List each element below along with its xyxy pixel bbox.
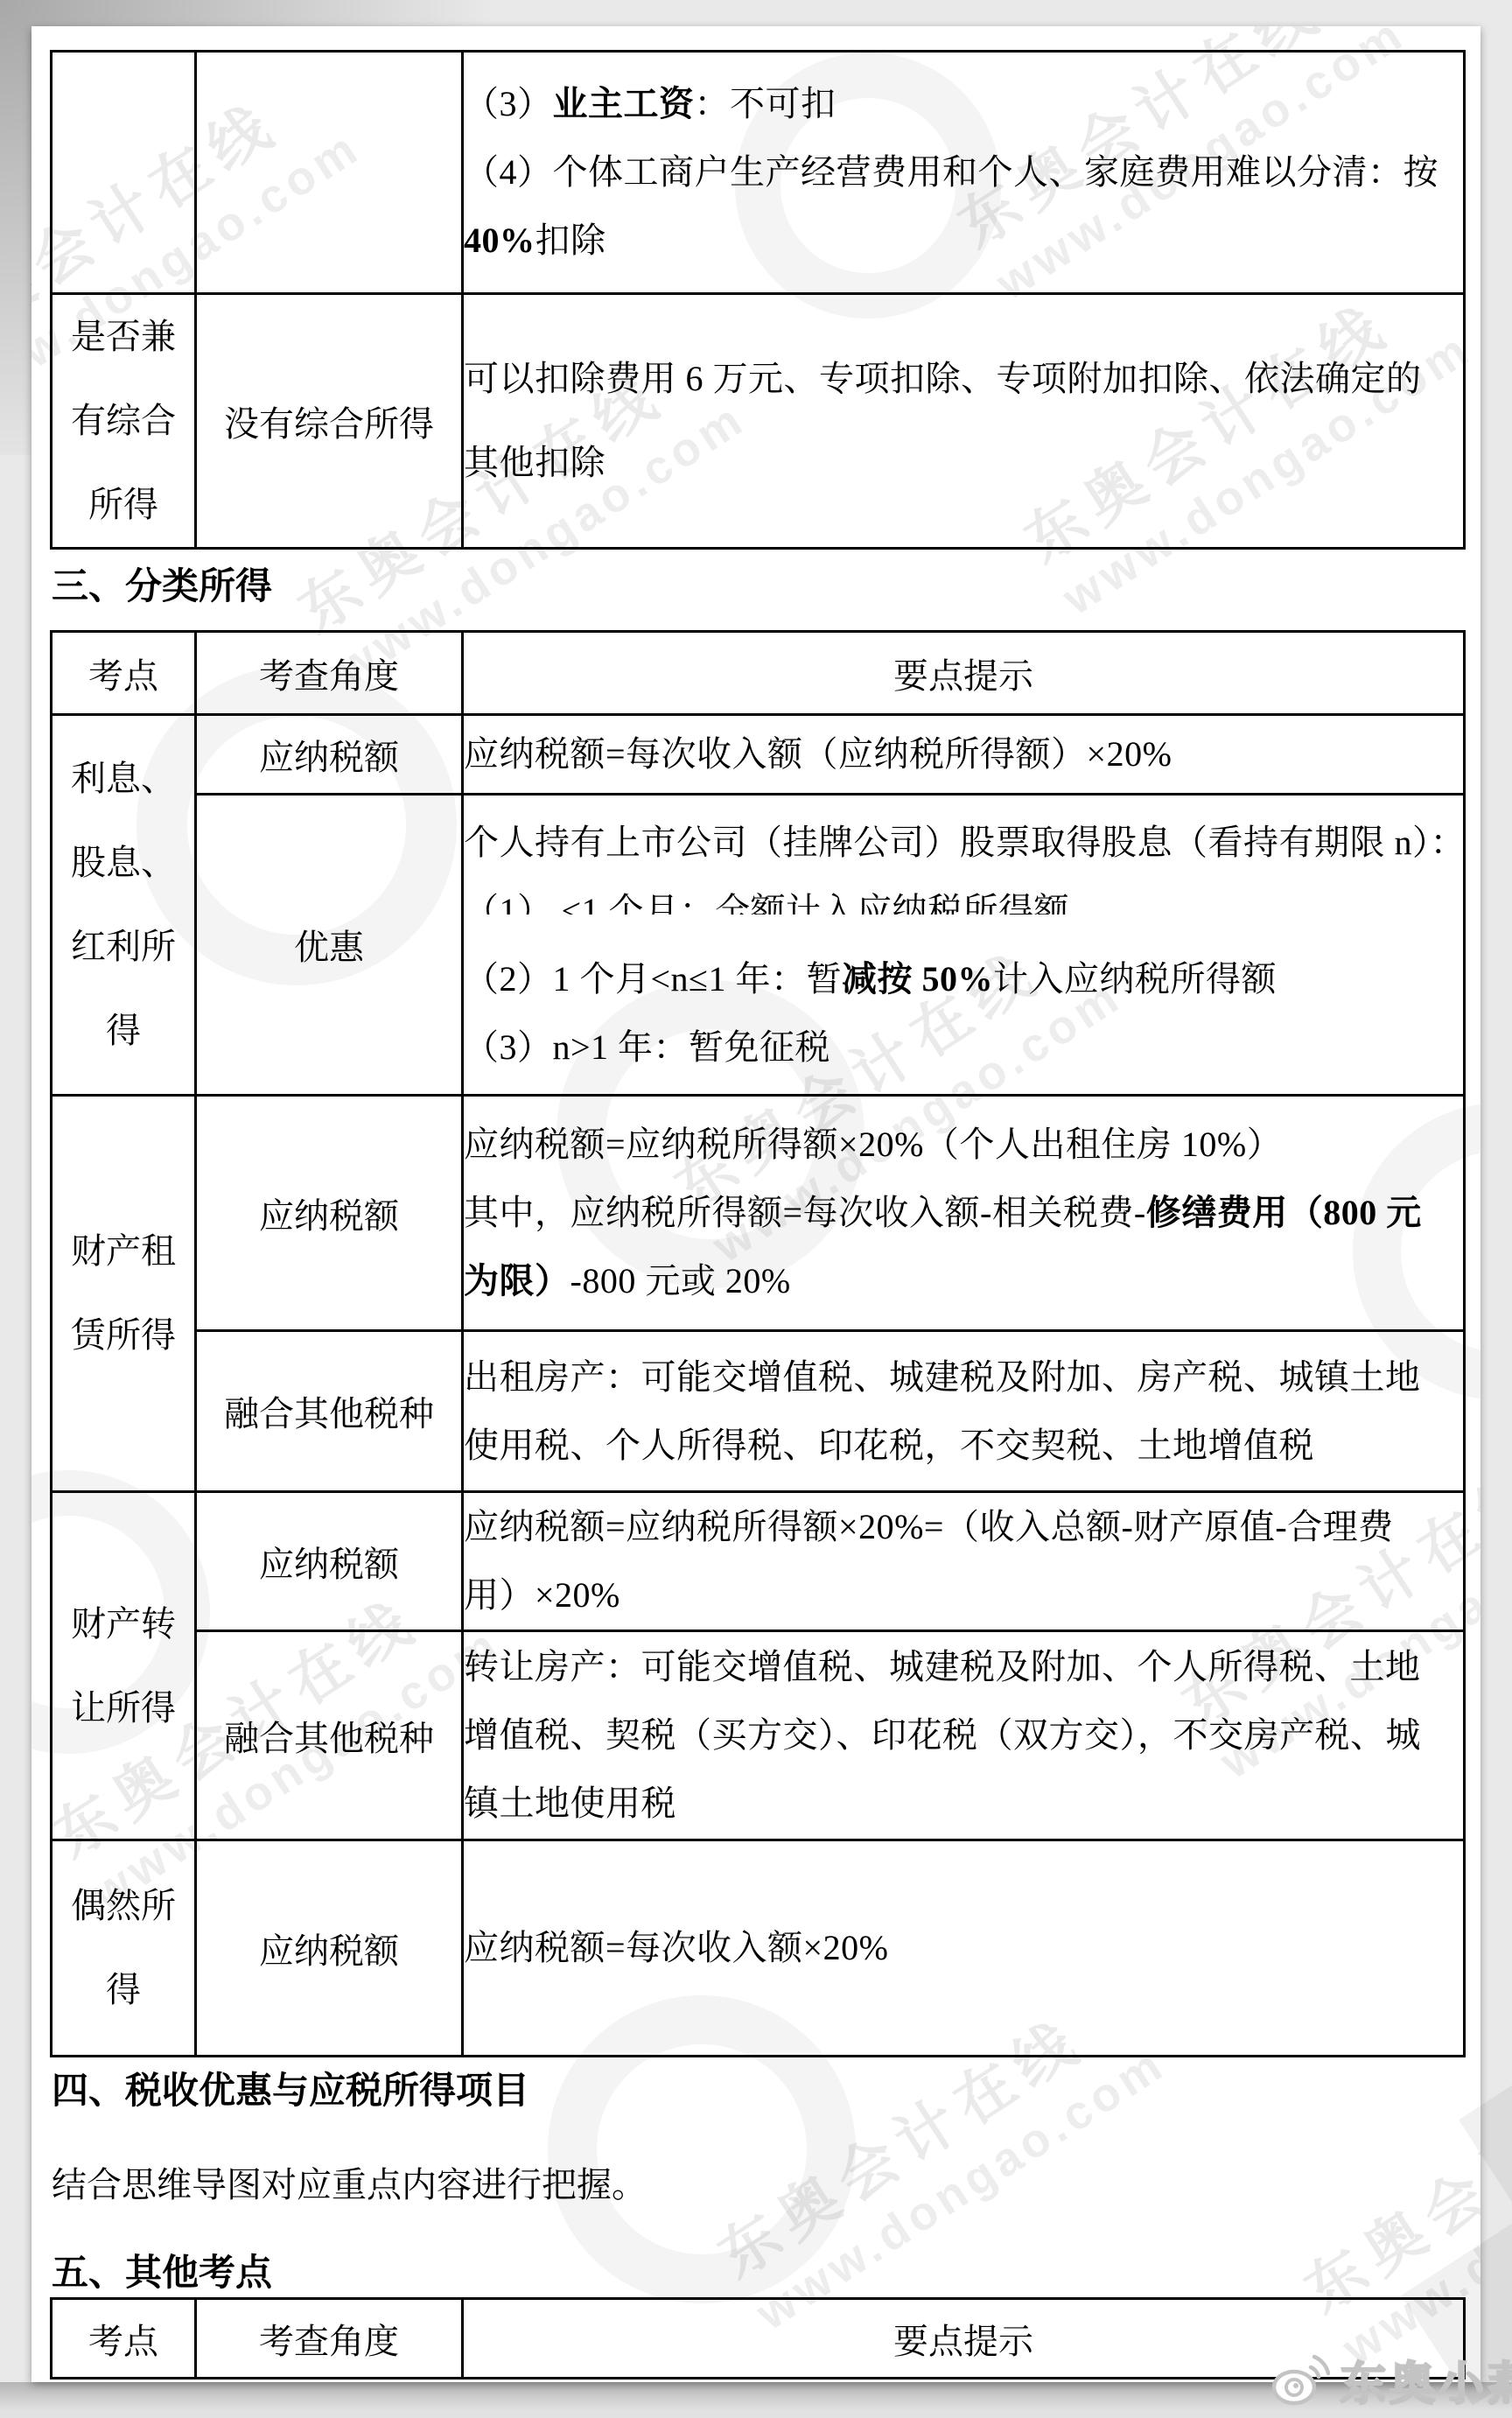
table-row: 融合其他税种 出租房产：可能交增值税、城建税及附加、房产税、城镇土地 使用税、个… — [52, 1331, 1465, 1492]
header-topic: 考点 — [52, 632, 196, 715]
cell-empty — [52, 52, 196, 294]
cell-angle: 融合其他税种 — [196, 1331, 463, 1492]
cell-points: 应纳税额=应纳税所得额×20%（个人出租住房 10%） 其中，应纳税所得额=每次… — [463, 1096, 1465, 1331]
point-line-clipped: （1） ≤1 个月：全额计入应纳税所得额 — [464, 877, 1463, 945]
cell-angle: 应纳税额 — [196, 1096, 463, 1331]
topic-line: 偶然所 — [52, 1864, 194, 1948]
weibo-icon — [1270, 2353, 1332, 2407]
topic-line: 得 — [52, 1948, 194, 2032]
text: 扣除 — [535, 221, 606, 260]
text-bold: 业主工资 — [553, 84, 695, 123]
cell-angle: 没有综合所得 — [196, 294, 463, 549]
document-page: 东奥会计在线 www.dongao.com 东奥会计在线 www.dongao.… — [31, 26, 1480, 2382]
cell-points: 可以扣除费用 6 万元、专项扣除、专项附加扣除、依法确定的 其他扣除 — [463, 294, 1465, 549]
cell-angle: 应纳税额 — [196, 1840, 463, 2057]
header-angle: 考查角度 — [196, 2299, 463, 2379]
table-row: 是否兼 有综合 所得 没有综合所得 可以扣除费用 6 万元、专项扣除、专项附加扣… — [52, 294, 1465, 549]
table-row: 财产租 赁所得 应纳税额 应纳税额=应纳税所得额×20%（个人出租住房 10%）… — [52, 1096, 1465, 1331]
text: （3） — [464, 84, 553, 123]
topic-line: 利息、 — [52, 737, 194, 821]
text: （2）1 个月<n≤1 年：暂 — [464, 959, 842, 999]
cell-topic: 财产转 让所得 — [52, 1492, 196, 1840]
topic-line: 所得 — [52, 463, 194, 547]
section-heading-4: 四、税收优惠与应税所得项目 — [52, 2068, 1480, 2115]
point-line: 出租房产：可能交增值税、城建税及附加、房产税、城镇土地 — [464, 1343, 1463, 1412]
text: -800 元或 20% — [570, 1261, 791, 1300]
point-line: 使用税、个人所得税、印花税，不交契税、土地增值税 — [464, 1412, 1463, 1480]
point-line: 其他扣除 — [464, 421, 1463, 505]
cell-points: 应纳税额=每次收入额（应纳税所得额）×20% — [463, 715, 1465, 795]
cell-points: 个人持有上市公司（挂牌公司）股票取得股息（看持有期限 n）： （1） ≤1 个月… — [463, 795, 1465, 1096]
point-line: （3）n>1 年：暂免征税 — [464, 1013, 1463, 1082]
cell-angle: 应纳税额 — [196, 1492, 463, 1631]
point-line: 增值税、契税（买方交）、印花税（双方交），不交房产税、城 — [464, 1701, 1463, 1770]
table-header-row: 考点 考查角度 要点提示 — [52, 2299, 1465, 2379]
cell-points: （3）业主工资：不可扣 （4）个体工商户生产经营费用和个人、家庭费用难以分清：按… — [463, 52, 1465, 294]
text-bold: 40% — [464, 221, 535, 260]
topic-line: 赁所得 — [52, 1293, 194, 1377]
cell-points: 应纳税额=应纳税所得额×20%=（收入总额-财产原值-合理费 用）×20% — [463, 1492, 1465, 1631]
table-row: （3）业主工资：不可扣 （4）个体工商户生产经营费用和个人、家庭费用难以分清：按… — [52, 52, 1465, 294]
cell-points: 出租房产：可能交增值税、城建税及附加、房产税、城镇土地 使用税、个人所得税、印花… — [463, 1331, 1465, 1492]
text: ：不可扣 — [695, 84, 836, 123]
point-line: 应纳税额=每次收入额×20% — [464, 1914, 1463, 1982]
topic-line: 财产转 — [52, 1582, 194, 1666]
cell-topic: 财产租 赁所得 — [52, 1096, 196, 1492]
point-line: 为限）-800 元或 20% — [464, 1247, 1463, 1315]
text: 其中，应纳税所得额=每次收入额-相关税费- — [464, 1193, 1146, 1232]
cell-topic: 利息、 股息、 红利所 得 — [52, 715, 196, 1096]
section-heading-3: 三、分类所得 — [52, 564, 1480, 611]
point-line: 镇土地使用税 — [464, 1770, 1463, 1838]
topic-line: 让所得 — [52, 1666, 194, 1750]
point-line: 40%扣除 — [464, 207, 1463, 275]
header-angle: 考查角度 — [196, 632, 463, 715]
topic-line: 财产租 — [52, 1209, 194, 1293]
point-line: 个人持有上市公司（挂牌公司）股票取得股息（看持有期限 n）： — [464, 809, 1463, 877]
point-line: 应纳税额=每次收入额（应纳税所得额）×20% — [464, 720, 1463, 788]
table-row: 融合其他税种 转让房产：可能交增值税、城建税及附加、个人所得税、土地 增值税、契… — [52, 1631, 1465, 1840]
point-line: 其中，应纳税所得额=每次收入额-相关税费-修缮费用（800 元 — [464, 1179, 1463, 1247]
table-header-row: 考点 考查角度 要点提示 — [52, 632, 1465, 715]
table-row: 财产转 让所得 应纳税额 应纳税额=应纳税所得额×20%=（收入总额-财产原值-… — [52, 1492, 1465, 1631]
topic-line: 红利所 — [52, 905, 194, 989]
table-row: 利息、 股息、 红利所 得 应纳税额 应纳税额=每次收入额（应纳税所得额）×20… — [52, 715, 1465, 795]
text: 计入应纳税所得额 — [993, 959, 1277, 999]
cell-angle: 融合其他税种 — [196, 1631, 463, 1840]
text-bold: 减按 50% — [842, 959, 993, 999]
point-line: （4）个体工商户生产经营费用和个人、家庭费用难以分清：按 — [464, 138, 1463, 207]
point-line: 应纳税额=应纳税所得额×20%（个人出租住房 10%） — [464, 1111, 1463, 1179]
document-content: （3）业主工资：不可扣 （4）个体工商户生产经营费用和个人、家庭费用难以分清：按… — [31, 26, 1480, 2379]
topic-line: 得 — [52, 989, 194, 1073]
signature-text: 东奥小燕 — [1340, 2347, 1512, 2413]
cell-topic: 是否兼 有综合 所得 — [52, 294, 196, 549]
topic-line: 股息、 — [52, 821, 194, 905]
cell-angle: 优惠 — [196, 795, 463, 1096]
carryover-table: （3）业主工资：不可扣 （4）个体工商户生产经营费用和个人、家庭费用难以分清：按… — [50, 50, 1466, 550]
cell-topic: 偶然所 得 — [52, 1840, 196, 2057]
cell-points: 转让房产：可能交增值税、城建税及附加、个人所得税、土地 增值税、契税（买方交）、… — [463, 1631, 1465, 1840]
point-line: （2）1 个月<n≤1 年：暂减按 50%计入应纳税所得额 — [464, 945, 1463, 1013]
section-heading-5: 五、其他考点 — [52, 2250, 1480, 2297]
classified-income-table: 考点 考查角度 要点提示 利息、 股息、 红利所 得 应纳税额 应纳税额=每次收… — [50, 630, 1466, 2057]
point-line: 应纳税额=应纳税所得额×20%=（收入总额-财产原值-合理费 — [464, 1493, 1463, 1561]
text-bold: 为限） — [464, 1261, 570, 1300]
cell-empty — [196, 52, 463, 294]
other-points-table: 考点 考查角度 要点提示 — [50, 2297, 1466, 2379]
topic-line: 有综合 — [52, 379, 194, 463]
weibo-signature: 东奥小燕 — [1270, 2347, 1512, 2413]
cell-points: 应纳税额=每次收入额×20% — [463, 1840, 1465, 2057]
cell-angle: 应纳税额 — [196, 715, 463, 795]
point-line: （3）业主工资：不可扣 — [464, 70, 1463, 138]
scanned-page-canvas: 东奥会计在线 www.dongao.com 东奥会计在线 www.dongao.… — [0, 0, 1512, 2418]
point-line: 用）×20% — [464, 1561, 1463, 1630]
text-bold: 修缮费用（800 元 — [1146, 1193, 1422, 1232]
point-line: 可以扣除费用 6 万元、专项扣除、专项附加扣除、依法确定的 — [464, 337, 1463, 421]
point-line: 转让房产：可能交增值税、城建税及附加、个人所得税、土地 — [464, 1633, 1463, 1701]
section-4-note: 结合思维导图对应重点内容进行把握。 — [52, 2161, 1480, 2210]
table-row: 优惠 个人持有上市公司（挂牌公司）股票取得股息（看持有期限 n）： （1） ≤1… — [52, 795, 1465, 1096]
header-topic: 考点 — [52, 2299, 196, 2379]
topic-line: 是否兼 — [52, 295, 194, 379]
header-points: 要点提示 — [463, 632, 1465, 715]
table-row: 偶然所 得 应纳税额 应纳税额=每次收入额×20% — [52, 1840, 1465, 2057]
